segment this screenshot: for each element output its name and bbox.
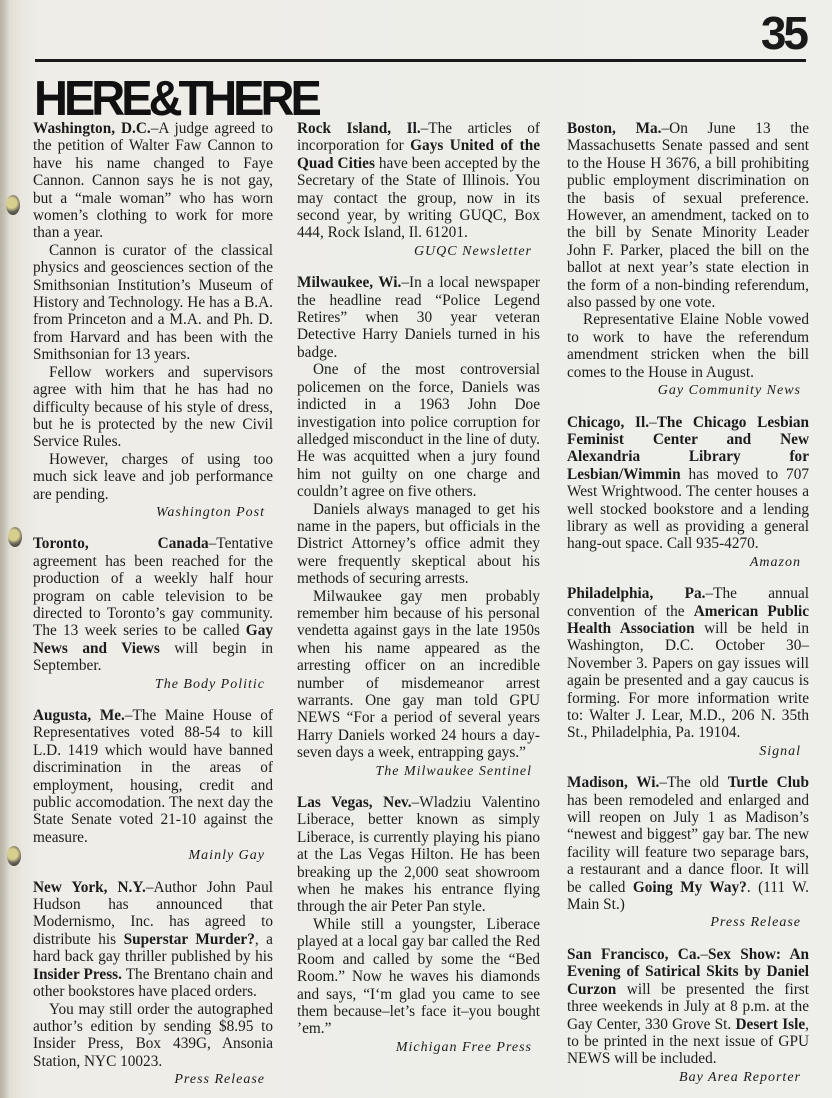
source-credit: Mainly Gay — [33, 847, 273, 864]
news-paragraph: One of the most controversial policemen … — [297, 361, 540, 500]
news-item: Milwaukee, Wi.–In a local newspaper the … — [297, 274, 540, 780]
news-item: New York, N.Y.–Author John Paul Hudson h… — [33, 879, 273, 1089]
body-text: – — [700, 946, 708, 963]
dateline: Las Vegas, Nev. — [297, 794, 412, 811]
news-paragraph: Fellow workers and supervisors agree wit… — [33, 364, 273, 451]
magazine-page: 35 HERE&THERE Washington, D.C.–A judge a… — [0, 0, 832, 1098]
dateline: Madison, Wi. — [567, 774, 659, 791]
news-item: Chicago, Il.–The Chicago Lesbian Feminis… — [567, 414, 809, 572]
dateline: Augusta, Me. — [33, 707, 125, 724]
news-paragraph: Augusta, Me.–The Maine House of Represen… — [33, 707, 273, 846]
news-item: Rock Island, Il.–The articles of incorpo… — [297, 120, 540, 260]
source-credit: Michigan Free Press — [297, 1039, 540, 1056]
source-credit: The Body Politic — [33, 676, 273, 693]
source-credit: Press Release — [567, 914, 809, 931]
news-item: Boston, Ma.–On June 13 the Massachusetts… — [567, 120, 809, 400]
news-paragraph: Milwaukee, Wi.–In a local newspaper the … — [297, 274, 540, 361]
source-credit: Washington Post — [33, 504, 273, 521]
body-text: –The Maine House of Representatives vote… — [33, 707, 273, 846]
dateline: Milwaukee, Wi. — [297, 274, 401, 291]
body-text: However, charges of using too much sick … — [33, 451, 273, 503]
source-credit: Bay Area Reporter — [567, 1069, 809, 1086]
body-text: –On June 13 the Massachusetts Senate pas… — [567, 120, 809, 311]
news-paragraph: Madison, Wi.–The old Turtle Club has bee… — [567, 774, 809, 913]
body-text: Milwaukee gay men probably remember him … — [297, 588, 540, 762]
news-paragraph: You may still order the autographed auth… — [33, 1001, 273, 1071]
news-paragraph: San Francisco, Ca.–Sex Show: An Evening … — [567, 946, 809, 1068]
bold-name: Insider Press. — [33, 966, 122, 983]
source-credit: Gay Community News — [567, 382, 809, 399]
news-paragraph: Toronto, Canada–Tentative agreement has … — [33, 535, 273, 674]
column-2: Rock Island, Il.–The articles of incorpo… — [297, 120, 540, 1070]
source-credit: Press Release — [33, 1071, 273, 1088]
body-text: Daniels always managed to get his name i… — [297, 501, 540, 588]
body-text: –Wladziu Valentino Liberace, better know… — [297, 794, 540, 915]
news-paragraph: Daniels always managed to get his name i… — [297, 501, 540, 588]
news-paragraph: Chicago, Il.–The Chicago Lesbian Feminis… — [567, 414, 809, 553]
body-text: Cannon is curator of the classical physi… — [33, 242, 273, 363]
column-1: Washington, D.C.–A judge agreed to the p… — [33, 120, 273, 1098]
body-text: You may still order the autographed auth… — [33, 1001, 273, 1070]
news-item: Toronto, Canada–Tentative agreement has … — [33, 535, 273, 693]
bold-name: Going My Way? — [633, 879, 747, 896]
news-item: Las Vegas, Nev.–Wladziu Valentino Libera… — [297, 794, 540, 1056]
news-paragraph: Boston, Ma.–On June 13 the Massachusetts… — [567, 120, 809, 311]
body-text: One of the most controversial policemen … — [297, 361, 540, 500]
page-number: 35 — [761, 10, 806, 56]
punch-hole-icon — [6, 195, 20, 215]
body-text: Representative Elaine Noble vowed to wor… — [567, 311, 809, 380]
body-text: –A judge agreed to the petition of Walte… — [33, 120, 273, 241]
column-3: Boston, Ma.–On June 13 the Massachusetts… — [567, 120, 809, 1098]
body-text: – — [649, 414, 657, 431]
bold-name: Superstar Murder? — [124, 931, 255, 948]
source-credit: Signal — [567, 743, 809, 760]
punch-hole-icon — [8, 527, 22, 547]
section-title: HERE&THERE — [34, 73, 318, 122]
source-credit: GUQC Newsletter — [297, 243, 540, 260]
news-paragraph: Rock Island, Il.–The articles of incorpo… — [297, 120, 540, 242]
news-paragraph: New York, N.Y.–Author John Paul Hudson h… — [33, 879, 273, 1001]
binding-shadow — [0, 0, 10, 1098]
dateline: Rock Island, Il. — [297, 120, 421, 137]
news-paragraph: Representative Elaine Noble vowed to wor… — [567, 311, 809, 381]
source-credit: The Milwaukee Sentinel — [297, 763, 540, 780]
news-paragraph: Philadelphia, Pa.–The annual convention … — [567, 585, 809, 742]
dateline: Boston, Ma. — [567, 120, 662, 137]
body-text: will be held in Washington, D.C. October… — [567, 620, 809, 741]
news-item: San Francisco, Ca.–Sex Show: An Evening … — [567, 946, 809, 1086]
body-text: While still a youngster, Liberace played… — [297, 916, 540, 1037]
news-item: Washington, D.C.–A judge agreed to the p… — [33, 120, 273, 521]
body-text: –The old — [659, 774, 727, 791]
news-item: Madison, Wi.–The old Turtle Club has bee… — [567, 774, 809, 932]
news-paragraph: However, charges of using too much sick … — [33, 451, 273, 503]
bold-name: Turtle Club — [728, 774, 809, 791]
dateline: New York, N.Y. — [33, 879, 146, 896]
header-rule — [35, 59, 806, 62]
news-paragraph: While still a youngster, Liberace played… — [297, 916, 540, 1038]
body-text: Fellow workers and supervisors agree wit… — [33, 364, 273, 451]
news-paragraph: Cannon is curator of the classical physi… — [33, 242, 273, 364]
bold-name: Desert Isle — [736, 1016, 806, 1033]
dateline: Washington, D.C. — [33, 120, 151, 137]
dateline: Toronto, Canada — [33, 535, 209, 552]
news-item: Augusta, Me.–The Maine House of Represen… — [33, 707, 273, 865]
punch-hole-icon — [7, 846, 21, 866]
dateline: Chicago, Il. — [567, 414, 649, 431]
news-paragraph: Washington, D.C.–A judge agreed to the p… — [33, 120, 273, 242]
dateline: San Francisco, Ca. — [567, 946, 700, 963]
news-item: Philadelphia, Pa.–The annual convention … — [567, 585, 809, 760]
dateline: Philadelphia, Pa. — [567, 585, 705, 602]
news-paragraph: Milwaukee gay men probably remember him … — [297, 588, 540, 762]
source-credit: Amazon — [567, 554, 809, 571]
news-paragraph: Las Vegas, Nev.–Wladziu Valentino Libera… — [297, 794, 540, 916]
